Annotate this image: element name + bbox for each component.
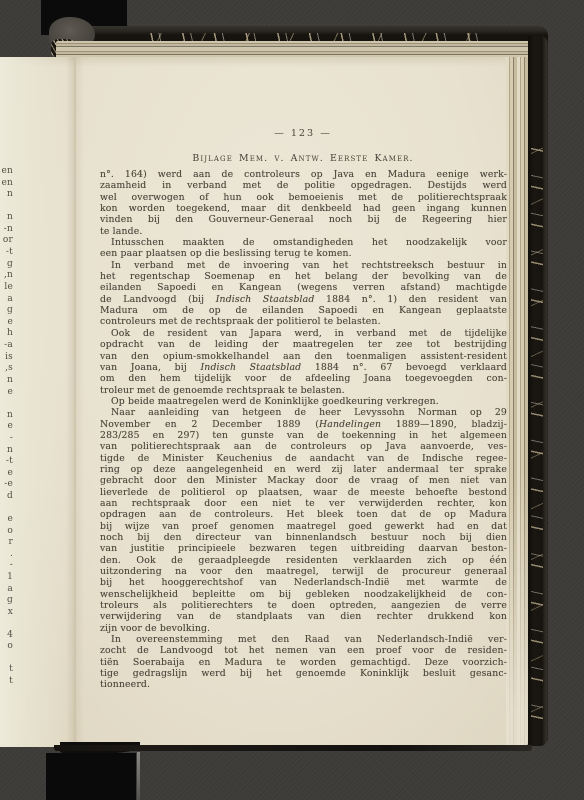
text-segment: 283/285 en 297) ten gunste van de toeken… bbox=[100, 430, 507, 441]
text-segment: van den opium-smokkelhandel aan den toen… bbox=[100, 351, 507, 362]
paragraph: Naar aanleiding van hetgeen de heer Levy… bbox=[100, 407, 507, 634]
text-segment: gebracht door den Minister Mackay door d… bbox=[100, 475, 507, 486]
text-line: 283/285 en 297) ten gunste van de toeken… bbox=[100, 430, 507, 441]
text-segment: zaamheid in verband met de politie opged… bbox=[100, 180, 507, 191]
text-line: zocht de Landvoogd tot het nemen van een… bbox=[100, 645, 507, 656]
italic-text: Handelingen bbox=[319, 419, 381, 430]
text-line: een paar plaatsen op die beslissing teru… bbox=[100, 248, 507, 259]
text-line: bij het hooggerechtshof van Nederlandsch… bbox=[100, 577, 507, 588]
text-segment: bij het hooggerechtshof van Nederlandsch… bbox=[100, 577, 507, 588]
text-line: lieverlede de politierol op plaatsen, wa… bbox=[100, 487, 507, 498]
text-line: noch bij den directeur van binnenlandsch… bbox=[100, 532, 507, 543]
text-line: verwijdering van de standplaats van dien… bbox=[100, 611, 507, 622]
page-bottom-edge-shadow bbox=[54, 745, 532, 751]
text-line: kon worden toegekend, maar dit denkbeeld… bbox=[100, 203, 507, 214]
text-segment: controleurs met de rechtspraak der polit… bbox=[100, 316, 381, 327]
text-line: Op beide maatregelen werd de Koninklijke… bbox=[100, 396, 507, 407]
text-segment: troleur met de genoemde rechtspraak te b… bbox=[100, 385, 345, 396]
text-line: aan rechtspraak door een niet te ver ver… bbox=[100, 498, 507, 509]
text-line: bij wijze van proef genomen maatregel go… bbox=[100, 521, 507, 532]
body-text: n°. 164) werd aan de controleurs op Java… bbox=[100, 169, 507, 691]
text-segment: tigde de Minister Keuchenius de aandacht… bbox=[100, 453, 507, 464]
marble-pattern-right bbox=[531, 146, 543, 730]
text-segment: verwijdering van de standplaats van dien… bbox=[100, 611, 507, 622]
text-line: n°. 164) werd aan de controleurs op Java… bbox=[100, 169, 507, 180]
text-line: van politierechtspraak aan de controleur… bbox=[100, 441, 507, 452]
text-segment: eilanden Sapoedi en Kangean (wegens verr… bbox=[100, 282, 507, 293]
text-line: Intusschen maakten de omstandigheden het… bbox=[100, 237, 507, 248]
text-segment: tionneerd. bbox=[100, 679, 150, 690]
text-segment: In overeenstemming met den Raad van Nede… bbox=[111, 634, 507, 645]
text-line: den. Ook de geraadpleegde residenten ver… bbox=[100, 555, 507, 566]
text-line: zijn voor de bevolking. bbox=[100, 623, 507, 634]
text-segment: Naar aanleiding van hetgeen de heer Levy… bbox=[111, 407, 507, 418]
text-line: eilanden Sapoedi en Kangean (wegens verr… bbox=[100, 282, 507, 293]
text-segment: 1884 n°. 67 bevoegd verklaard bbox=[301, 362, 507, 373]
text-segment: bij wijze van proef genomen maatregel go… bbox=[100, 521, 507, 532]
left-page-surface bbox=[0, 57, 68, 747]
text-segment: ring op deze aangelegenheid en werd zij … bbox=[100, 464, 507, 475]
text-segment: Op beide maatregelen werd de Koninklijke… bbox=[111, 396, 439, 407]
text-segment: te lande. bbox=[100, 226, 142, 237]
paragraph: Ook de resident van Japara werd, in verb… bbox=[100, 328, 507, 396]
paragraph: n°. 164) werd aan de controleurs op Java… bbox=[100, 169, 507, 237]
text-segment: opdragen aan de controleurs. Het bleek t… bbox=[100, 509, 507, 520]
text-segment: Madura om de op de eilanden Sapoedi en K… bbox=[100, 305, 507, 316]
page-gutter-fold bbox=[66, 57, 84, 747]
text-segment: Intusschen maakten de omstandigheden het… bbox=[111, 237, 507, 248]
text-line: wel overwogen of hun ook bemoeienis met … bbox=[100, 192, 507, 203]
text-line: van den opium-smokkelhandel aan den toen… bbox=[100, 351, 507, 362]
text-segment: 1884 n°. 1) den resident van bbox=[314, 294, 507, 305]
text-line: uitzondering na voor den maatregel, terw… bbox=[100, 566, 507, 577]
text-segment: wenschelijkheid bepleitte om bij gebleke… bbox=[100, 589, 507, 600]
text-line: van justitie principieele bezwaren tegen… bbox=[100, 543, 507, 554]
text-segment: vinden bij den Gouverneur-Generaal noch … bbox=[100, 214, 507, 225]
scanner-cutout-bottom-left bbox=[46, 753, 136, 800]
text-segment: tige gedragslijn werd bij het genoemde K… bbox=[100, 668, 507, 679]
italic-text: Indisch Staatsblad bbox=[200, 362, 301, 373]
italic-text: Indisch Staatsblad bbox=[216, 294, 315, 305]
text-segment: aan rechtspraak door een niet te ver ver… bbox=[100, 498, 507, 509]
text-line: opdragen aan de controleurs. Het bleek t… bbox=[100, 509, 507, 520]
text-segment: van justitie principieele bezwaren tegen… bbox=[100, 543, 507, 554]
text-line: tigde de Minister Keuchenius de aandacht… bbox=[100, 453, 507, 464]
text-line: controleurs met de rechtspraak der polit… bbox=[100, 316, 507, 327]
text-line: troleurs als politierechters te doen opt… bbox=[100, 600, 507, 611]
text-segment: In verband met de invoering van het rech… bbox=[111, 260, 507, 271]
paragraph: Op beide maatregelen werd de Koninklijke… bbox=[100, 396, 507, 407]
text-segment: den. Ook de geraadpleegde residenten ver… bbox=[100, 555, 507, 566]
text-line: troleur met de genoemde rechtspraak te b… bbox=[100, 385, 507, 396]
text-line: zaamheid in verband met de politie opged… bbox=[100, 180, 507, 191]
text-line: Naar aanleiding van hetgeen de heer Levy… bbox=[100, 407, 507, 418]
page-number: — 123 — bbox=[100, 128, 506, 139]
paragraph: In verband met de invoering van het rech… bbox=[100, 260, 507, 328]
text-segment: wel overwogen of hun ook bemoeienis met … bbox=[100, 192, 507, 203]
book-cover-right-edge bbox=[528, 36, 548, 746]
text-line: ring op deze aangelegenheid en werd zij … bbox=[100, 464, 507, 475]
text-line: tiën Soerabaija en Madura te worden gema… bbox=[100, 657, 507, 668]
text-segment: tiën Soerabaija en Madura te worden gema… bbox=[100, 657, 507, 668]
text-line: gebracht door den Minister Mackay door d… bbox=[100, 475, 507, 486]
text-line: Madura om de op de eilanden Sapoedi en K… bbox=[100, 305, 507, 316]
page-stack-top-edge bbox=[56, 41, 538, 58]
text-line: vinden bij den Gouverneur-Generaal noch … bbox=[100, 214, 507, 225]
paragraph: In overeenstemming met den Raad van Nede… bbox=[100, 634, 507, 691]
text-segment: November en 2 December 1889 ( bbox=[100, 419, 319, 430]
paragraph: Intusschen maakten de omstandigheden het… bbox=[100, 237, 507, 260]
book-scan-scene: — 123 — Bijlage Mem. v. Antw. Eerste Kam… bbox=[0, 0, 584, 800]
text-segment: uitzondering na voor den maatregel, terw… bbox=[100, 566, 507, 577]
text-segment: n°. 164) werd aan de controleurs op Java… bbox=[100, 169, 507, 180]
text-line: wenschelijkheid bepleitte om bij gebleke… bbox=[100, 589, 507, 600]
running-header: Bijlage Mem. v. Antw. Eerste Kamer. bbox=[100, 153, 506, 164]
text-line: In overeenstemming met den Raad van Nede… bbox=[100, 634, 507, 645]
text-segment: opdracht van de leiding der maatregelen … bbox=[100, 339, 507, 350]
text-segment: de Landvoogd (bij bbox=[100, 294, 216, 305]
text-line: tionneerd. bbox=[100, 679, 507, 690]
text-segment: Ook de resident van Japara werd, in verb… bbox=[111, 328, 507, 339]
text-segment: zijn voor de bevolking. bbox=[100, 623, 210, 634]
text-segment: een paar plaatsen op die beslissing teru… bbox=[100, 248, 352, 259]
text-segment: van politierechtspraak aan de controleur… bbox=[100, 441, 507, 452]
text-line: tige gedragslijn werd bij het genoemde K… bbox=[100, 668, 507, 679]
text-segment: kon worden toegekend, maar dit denkbeeld… bbox=[100, 203, 507, 214]
text-line: November en 2 December 1889 (Handelingen… bbox=[100, 419, 507, 430]
text-segment: troleurs als politierechters te doen opt… bbox=[100, 600, 507, 611]
scanner-bottom-line bbox=[137, 752, 140, 800]
text-line: te lande. bbox=[100, 226, 507, 237]
text-line: van Joana, bij Indisch Staatsblad 1884 n… bbox=[100, 362, 507, 373]
text-segment: van Joana, bij bbox=[100, 362, 200, 373]
text-line: Ook de resident van Japara werd, in verb… bbox=[100, 328, 507, 339]
page-fore-edge-lines bbox=[506, 57, 528, 747]
text-line: In verband met de invoering van het rech… bbox=[100, 260, 507, 271]
text-segment: om den hem tijdelijk voor de afdeeling J… bbox=[100, 373, 507, 384]
text-segment: 1889—1890, bladzij- bbox=[381, 419, 507, 430]
text-segment: lieverlede de politierol op plaatsen, wa… bbox=[100, 487, 507, 498]
text-line: de Landvoogd (bij Indisch Staatsblad 188… bbox=[100, 294, 507, 305]
text-segment: noch bij den directeur van binnenlandsch… bbox=[100, 532, 507, 543]
text-line: om den hem tijdelijk voor de afdeeling J… bbox=[100, 373, 507, 384]
book-page: — 123 — Bijlage Mem. v. Antw. Eerste Kam… bbox=[0, 57, 528, 747]
text-segment: het regentschap Soemenap en het belang d… bbox=[100, 271, 507, 282]
text-line: opdracht van de leiding der maatregelen … bbox=[100, 339, 507, 350]
text-line: het regentschap Soemenap en het belang d… bbox=[100, 271, 507, 282]
text-segment: zocht de Landvoogd tot het nemen van een… bbox=[100, 645, 507, 656]
